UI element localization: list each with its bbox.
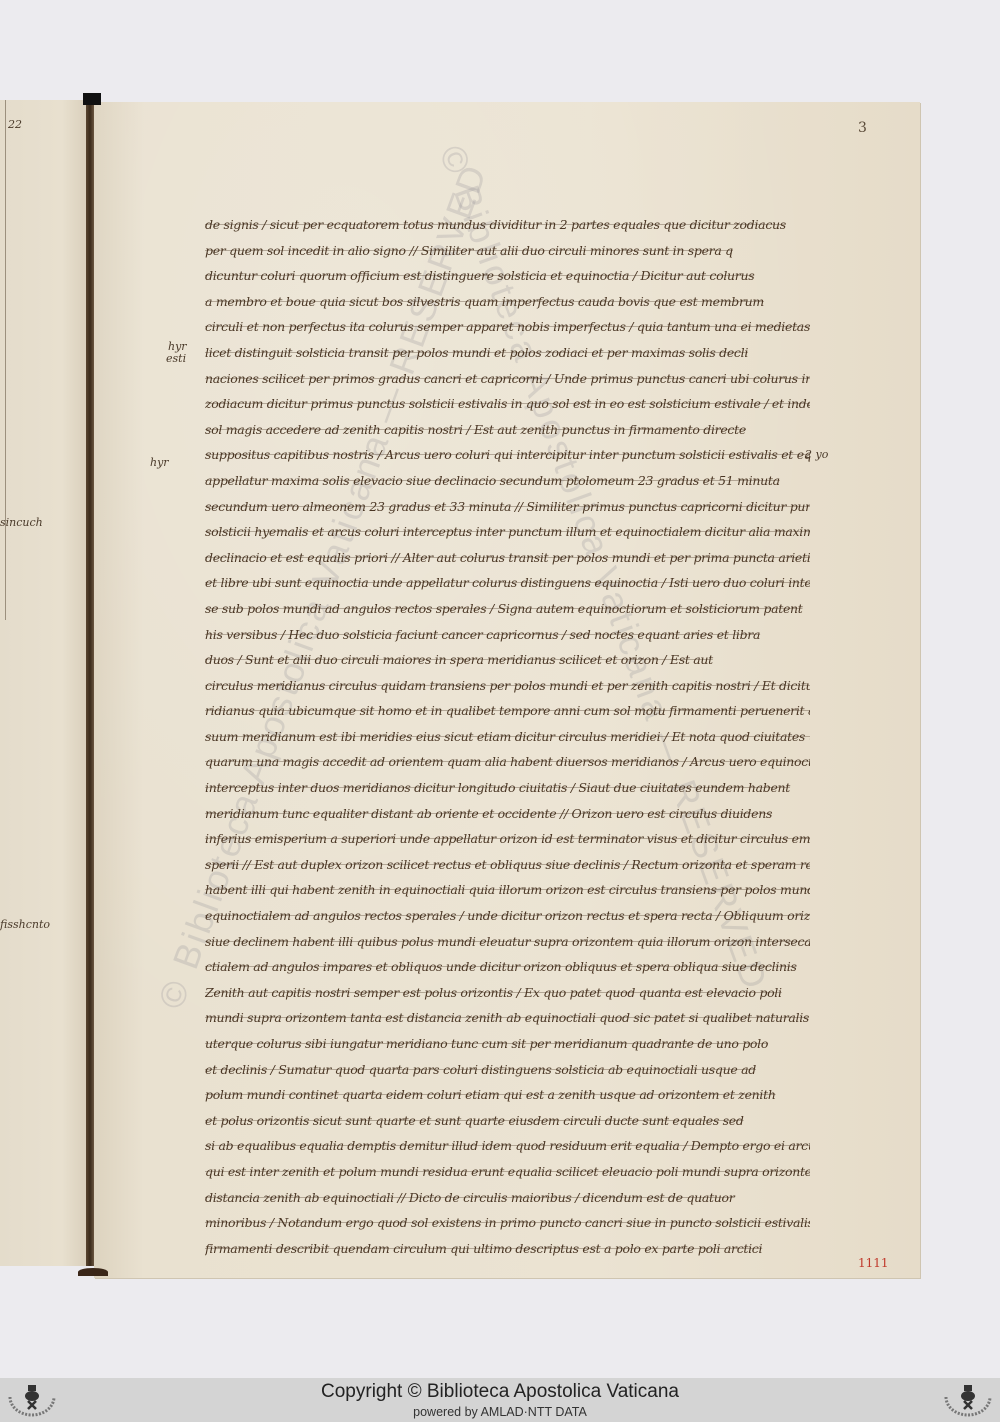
manuscript-line: et libre ubi sunt equinoctia unde appell… (205, 570, 810, 596)
manuscript-line: licet distinguit solsticia transit per p… (205, 340, 810, 366)
manuscript-line: se sub polos mundi ad angulos rectos spe… (205, 596, 810, 622)
manuscript-line: firmamenti describit quendam circulum qu… (205, 1236, 810, 1262)
manuscript-line: naciones scilicet per primos gradus canc… (205, 366, 810, 392)
manuscript-line: dicuntur coluri quorum officium est dist… (205, 263, 810, 289)
manuscript-line: inferius emisperium a superiori unde app… (205, 826, 810, 852)
manuscript-line: solsticii hyemalis et arcus coluri inter… (205, 519, 810, 545)
gutter-clip (83, 93, 101, 105)
left-leaf-note: sincuch (0, 516, 43, 529)
manuscript-line: per quem sol incedit in alio signo // Si… (205, 238, 810, 264)
manuscript-line: sol magis accedere ad zenith capitis nos… (205, 417, 810, 443)
manuscript-line: habent illi qui habent zenith in equinoc… (205, 877, 810, 903)
manuscript-line: circuli et non perfectus ita colurus sem… (205, 314, 810, 340)
left-leaf-ruling (5, 100, 6, 620)
manuscript-line: his versibus / Hec duo solsticia faciunt… (205, 622, 810, 648)
manuscript-line: Zenith aut capitis nostri semper est pol… (205, 980, 810, 1006)
manuscript-line: minoribus / Notandum ergo quod sol exist… (205, 1210, 810, 1236)
manuscript-text-block: de signis / sicut per ecquatorem totus m… (205, 212, 810, 1261)
folio-number: 3 (858, 120, 867, 136)
manuscript-line: meridianum tunc equaliter distant ab ori… (205, 801, 810, 827)
manuscript-line: si ab equalibus equalia demptis demitur … (205, 1133, 810, 1159)
manuscript-line: duos / Sunt et alii duo circuli maiores … (205, 647, 810, 673)
vatican-seal-icon (938, 1381, 998, 1421)
manuscript-line: circulus meridianus circulus quidam tran… (205, 673, 810, 699)
manuscript-scan: 22 sincuch fisshcnto 3 © Biblioteca Apos… (0, 0, 1000, 1378)
margin-note: hyr (150, 456, 169, 469)
manuscript-line: equinoctialem ad angulos rectos sperales… (205, 903, 810, 929)
manuscript-line: mundi supra orizontem tanta est distanci… (205, 1005, 810, 1031)
manuscript-line: ctialem ad angulos impares et obliquos u… (205, 954, 810, 980)
manuscript-line: polum mundi continet quarta eidem coluri… (205, 1082, 810, 1108)
margin-note: esti (166, 352, 186, 365)
left-leaf-note: 22 (8, 118, 22, 131)
left-leaf-note: fisshcnto (0, 918, 50, 931)
manuscript-line: interceptus inter duos meridianos dicitu… (205, 775, 810, 801)
manuscript-line: et polus orizontis sicut sunt quarte et … (205, 1108, 810, 1134)
manuscript-line: declinacio et est equalis priori // Alte… (205, 545, 810, 571)
manuscript-line: quarum una magis accedit ad orientem qua… (205, 749, 810, 775)
manuscript-line: secundum uero almeonem 23 gradus et 33 m… (205, 494, 810, 520)
manuscript-line: uterque colurus sibi iungatur meridiano … (205, 1031, 810, 1057)
shelfmark: 1111 (858, 1256, 889, 1270)
copyright-footer: Copyright © Biblioteca Apostolica Vatica… (0, 1378, 1000, 1422)
manuscript-line: suppositus capitibus nostris / Arcus uer… (205, 442, 810, 468)
manuscript-line: siue declinem habent illi quibus polus m… (205, 929, 810, 955)
manuscript-line: ridianus quia ubicumque sit homo et in q… (205, 698, 810, 724)
gutter-foot (78, 1268, 108, 1276)
powered-by-text: powered by AMLAD·NTT DATA (0, 1404, 1000, 1420)
manuscript-line: suum meridianum est ibi meridies eius si… (205, 724, 810, 750)
manuscript-line: qui est inter zenith et polum mundi resi… (205, 1159, 810, 1185)
manuscript-line: de signis / sicut per ecquatorem totus m… (205, 212, 810, 238)
manuscript-line: sperii // Est aut duplex orizon scilicet… (205, 852, 810, 878)
manuscript-line: zodiacum dicitur primus punctus solstici… (205, 391, 810, 417)
vatican-seal-icon (2, 1381, 62, 1421)
manuscript-line: et declinis / Sumatur quod quarta pars c… (205, 1057, 810, 1083)
binding-gutter (86, 100, 94, 1266)
manuscript-line: appellatur maxima solis elevacio siue de… (205, 468, 810, 494)
manuscript-line: a membro et boue quia sicut bos silvestr… (205, 289, 810, 315)
manuscript-line: distancia zenith ab equinoctiali // Dict… (205, 1185, 810, 1211)
left-leaf (0, 100, 88, 1266)
copyright-text: Copyright © Biblioteca Apostolica Vatica… (0, 1378, 1000, 1404)
